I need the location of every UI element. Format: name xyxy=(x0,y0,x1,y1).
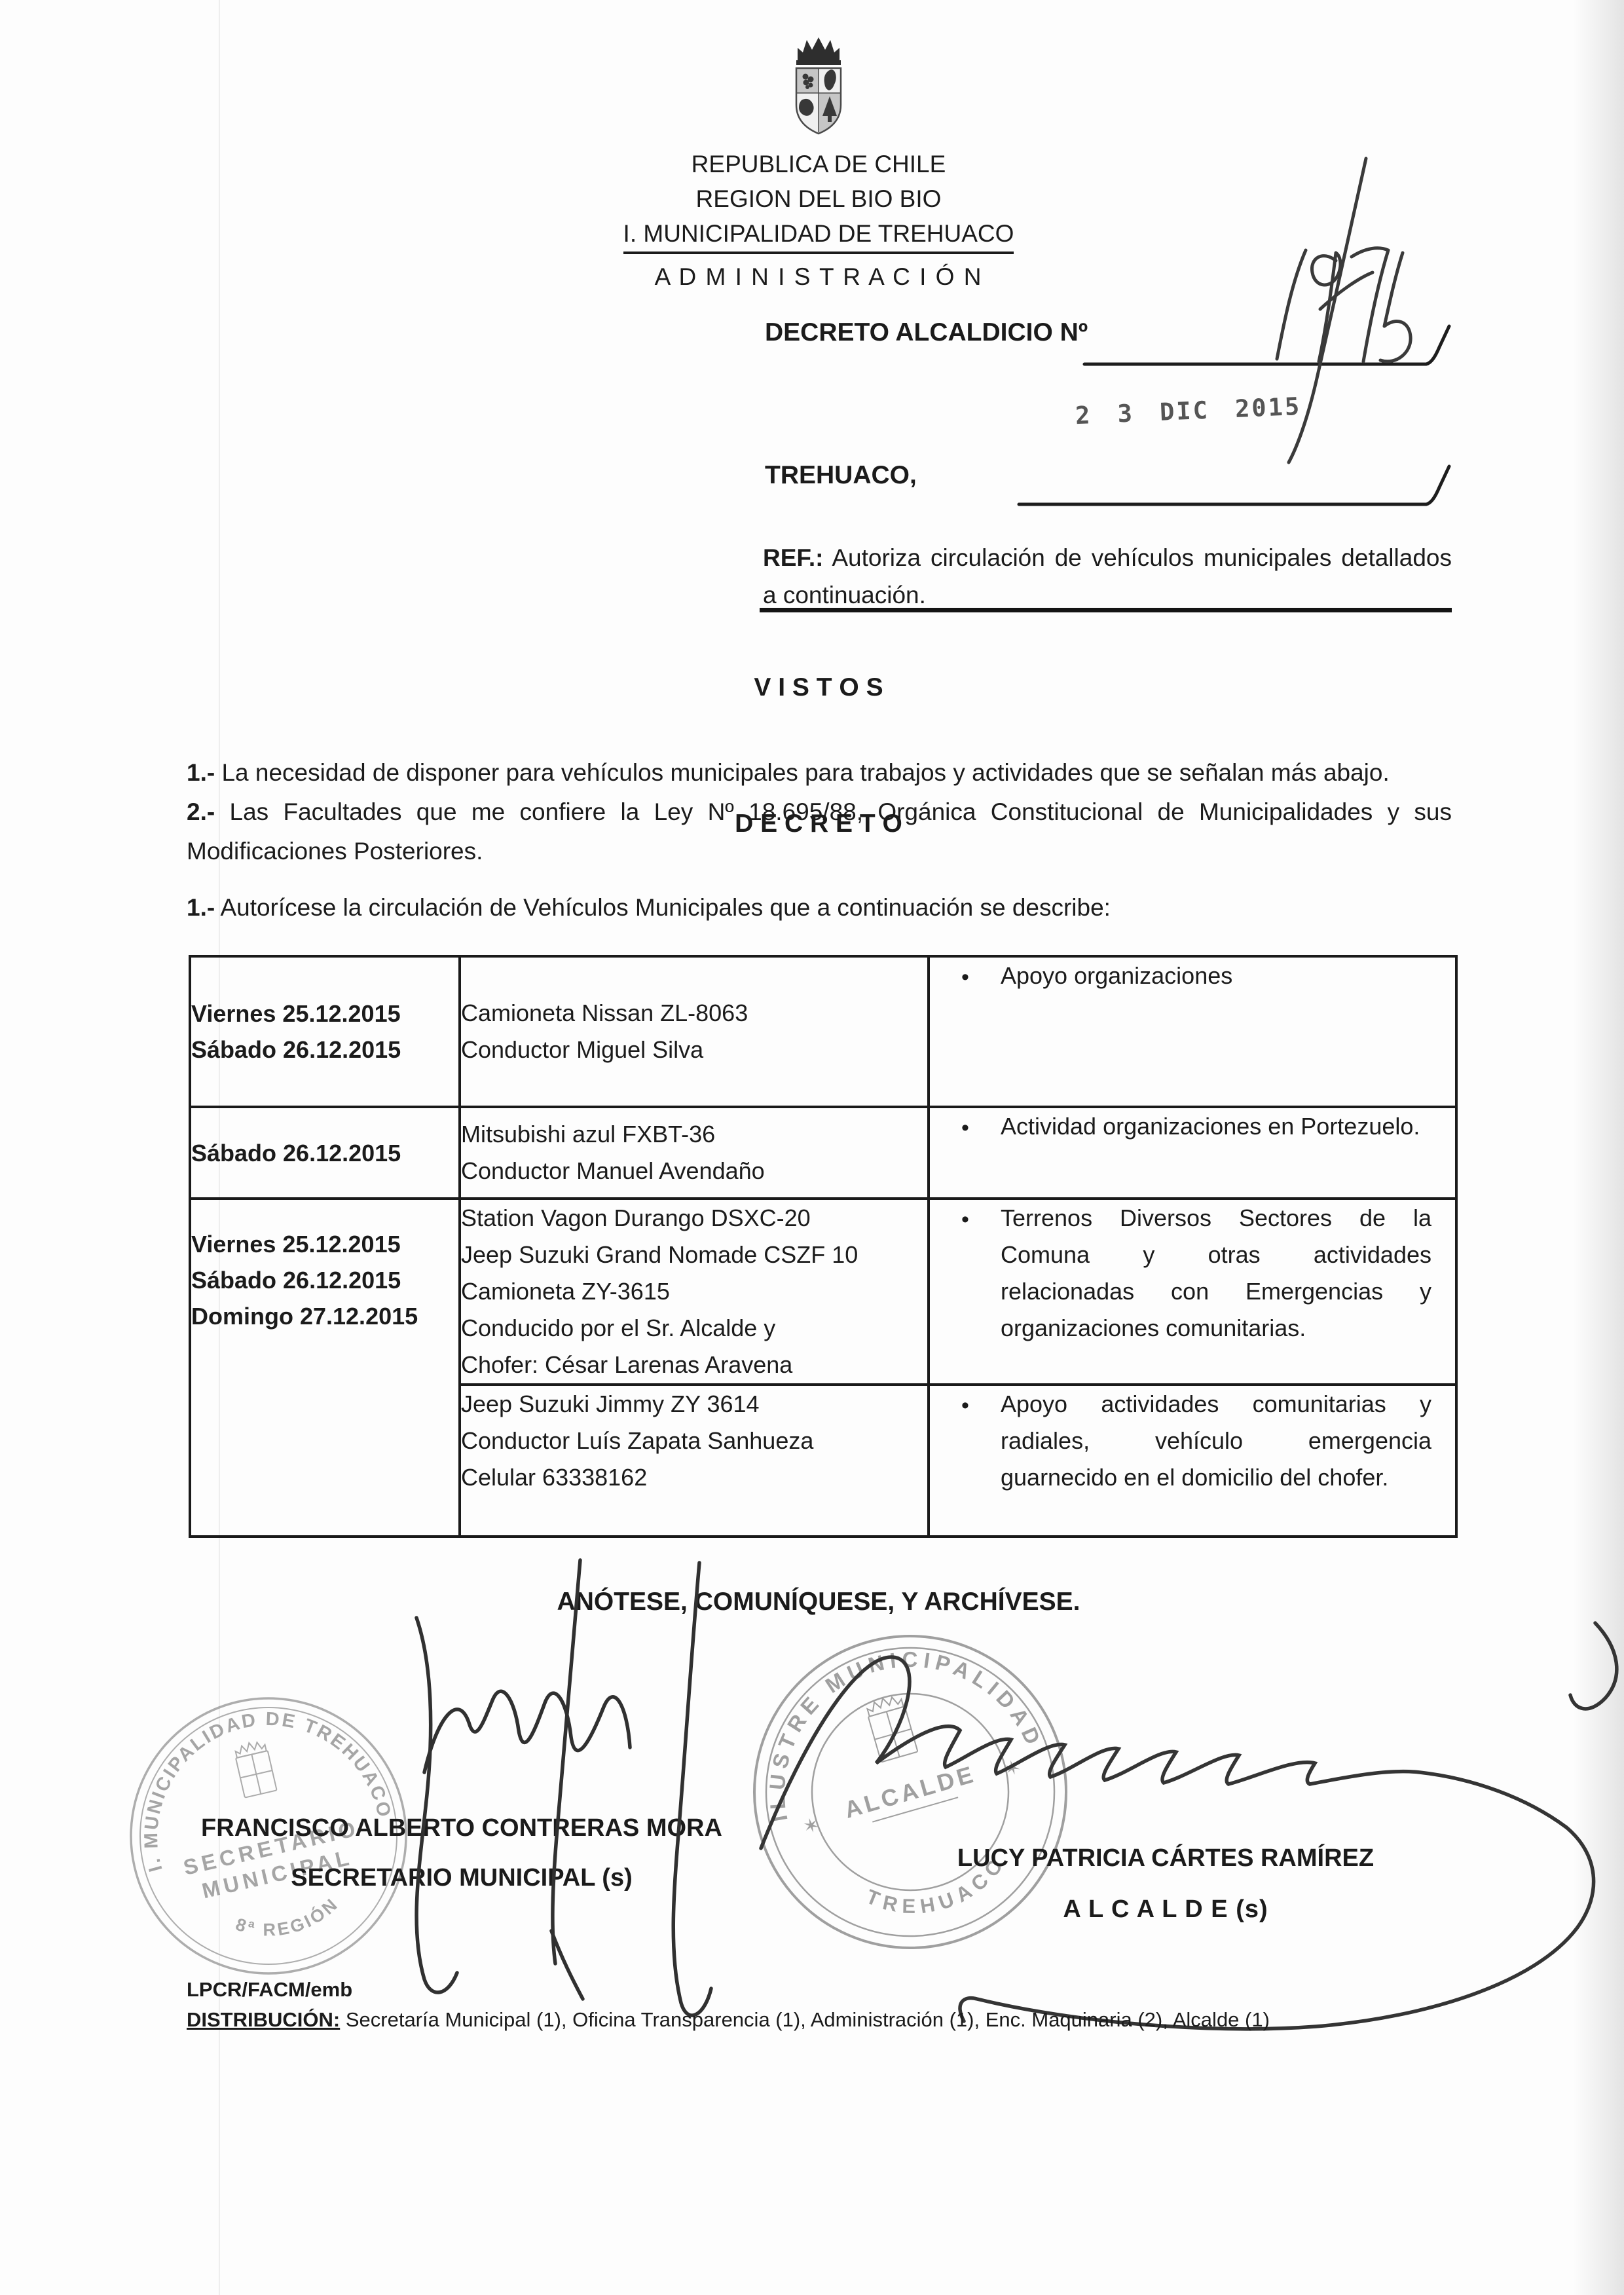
table-row: Viernes 25.12.2015 Sábado 26.12.2015 Dom… xyxy=(190,1199,1456,1385)
purpose-cell: •Terrenos Diversos Sectores de la Comuna… xyxy=(929,1199,1456,1385)
item-number: 1.- xyxy=(187,759,215,786)
ref-underline-rule xyxy=(760,608,1452,612)
right-signatory-title: A L C A L D E (s) xyxy=(871,1895,1460,1924)
vehicles-table: Viernes 25.12.2015 Sábado 26.12.2015 Cam… xyxy=(189,955,1458,1538)
item-text: La necesidad de disponer para vehículos … xyxy=(221,759,1389,786)
decree-city-label: TREHUACO, xyxy=(765,461,917,490)
right-signatory-name: LUCY PATRICIA CÁRTES RAMÍREZ xyxy=(871,1844,1460,1873)
item-text: Autorícese la circulación de Vehículos M… xyxy=(220,894,1111,921)
ref-text: Autoriza circulación de vehículos munici… xyxy=(763,544,1452,608)
vehicle-cell: Mitsubishi azul FXBT-36 Conductor Manuel… xyxy=(460,1107,929,1199)
table-row: Sábado 26.12.2015 Mitsubishi azul FXBT-3… xyxy=(190,1107,1456,1199)
stamp-ring-text: 8ª REGIÓN xyxy=(230,1892,347,1950)
vehicle-cell: Station Vagon Durango DSXC-20 Jeep Suzuk… xyxy=(460,1199,929,1385)
left-signature-scribble xyxy=(416,1560,711,2015)
scan-edge-shadow xyxy=(1573,0,1624,2295)
stamp-star: ✶ xyxy=(1002,1756,1024,1782)
stamp-center-text: ALCALDE xyxy=(841,1760,979,1823)
vistos-heading: V I S T O S xyxy=(187,673,1450,702)
header-region: REGION DEL BIO BIO xyxy=(622,181,1015,216)
decreto-item: 1.- Autorícese la circulación de Vehícul… xyxy=(187,889,1452,927)
ref-paragraph: REF.: Autoriza circulación de vehículos … xyxy=(763,539,1452,614)
vehicle-cell: Camioneta Nissan ZL-8063 Conductor Migue… xyxy=(460,956,929,1107)
stamp-ring-text: I. MUNICIPALIDAD DE TREHUACO xyxy=(121,1689,395,1874)
stamp-star: ✶ xyxy=(800,1814,822,1839)
document-header: REPUBLICA DE CHILE REGION DEL BIO BIO I.… xyxy=(622,34,1015,294)
distribution-text: Secretaría Municipal (1), Oficina Transp… xyxy=(346,2008,1270,2031)
header-municipality: I. MUNICIPALIDAD DE TREHUACO xyxy=(623,216,1014,254)
footer-initials: LPCR/FACM/emb xyxy=(187,1978,352,2002)
distribution-label: DISTRIBUCIÓN: xyxy=(187,2008,340,2031)
date-cell: Sábado 26.12.2015 xyxy=(190,1107,460,1199)
vehicle-cell: Jeep Suzuki Jimmy ZY 3614 Conductor Luís… xyxy=(460,1385,929,1537)
municipal-crest-icon xyxy=(779,34,858,138)
bullet-icon: • xyxy=(930,1386,1001,1424)
closing-line: ANÓTESE, COMUNÍQUESE, Y ARCHÍVESE. xyxy=(187,1588,1450,1616)
bullet-icon: • xyxy=(930,1108,1001,1146)
footer-distribution: DISTRIBUCIÓN: Secretaría Municipal (1), … xyxy=(187,2008,1470,2032)
date-cell: Viernes 25.12.2015 Sábado 26.12.2015 xyxy=(190,956,460,1107)
left-signatory-title: SECRETARIO MUNICIPAL (s) xyxy=(157,1864,766,1892)
bullet-icon: • xyxy=(930,1200,1001,1238)
stamp-ring-text: ILUSTRE MUNICIPALIDAD xyxy=(747,1628,1048,1826)
bullet-icon: • xyxy=(930,958,1001,996)
decree-number-label: DECRETO ALCALDICIO Nº xyxy=(765,318,1088,347)
ref-label: REF.: xyxy=(763,544,824,571)
purpose-cell: •Apoyo actividades comunitarias y radial… xyxy=(929,1385,1456,1537)
header-country: REPUBLICA DE CHILE xyxy=(622,147,1015,181)
svg-text:8ª REGIÓN: 8ª REGIÓN xyxy=(230,1892,347,1950)
svg-text:I. MUNICIPALIDAD DE TREHUACO: I. MUNICIPALIDAD DE TREHUACO xyxy=(121,1689,395,1874)
date-cell: Viernes 25.12.2015 Sábado 26.12.2015 Dom… xyxy=(190,1199,460,1537)
date-stamp: 2 3 DIC 2015 xyxy=(1075,392,1302,430)
vistos-item-1: 1.- La necesidad de disponer para vehícu… xyxy=(187,753,1452,793)
table-row: Viernes 25.12.2015 Sábado 26.12.2015 Cam… xyxy=(190,956,1456,1107)
decreto-heading: D E C R E T O xyxy=(187,810,1450,838)
purpose-cell: •Apoyo organizaciones xyxy=(929,956,1456,1107)
scanned-decree-page: REPUBLICA DE CHILE REGION DEL BIO BIO I.… xyxy=(0,0,1624,2295)
header-department: A D M I N I S T R A C I Ó N xyxy=(622,259,1015,294)
purpose-cell: •Actividad organizaciones en Portezuelo. xyxy=(929,1107,1456,1199)
right-signature-scribble xyxy=(761,1623,1617,2029)
item-number: 1.- xyxy=(187,894,215,921)
left-signatory-name: FRANCISCO ALBERTO CONTRERAS MORA xyxy=(157,1814,766,1842)
svg-text:ILUSTRE MUNICIPALIDAD: ILUSTRE MUNICIPALIDAD xyxy=(747,1628,1048,1826)
